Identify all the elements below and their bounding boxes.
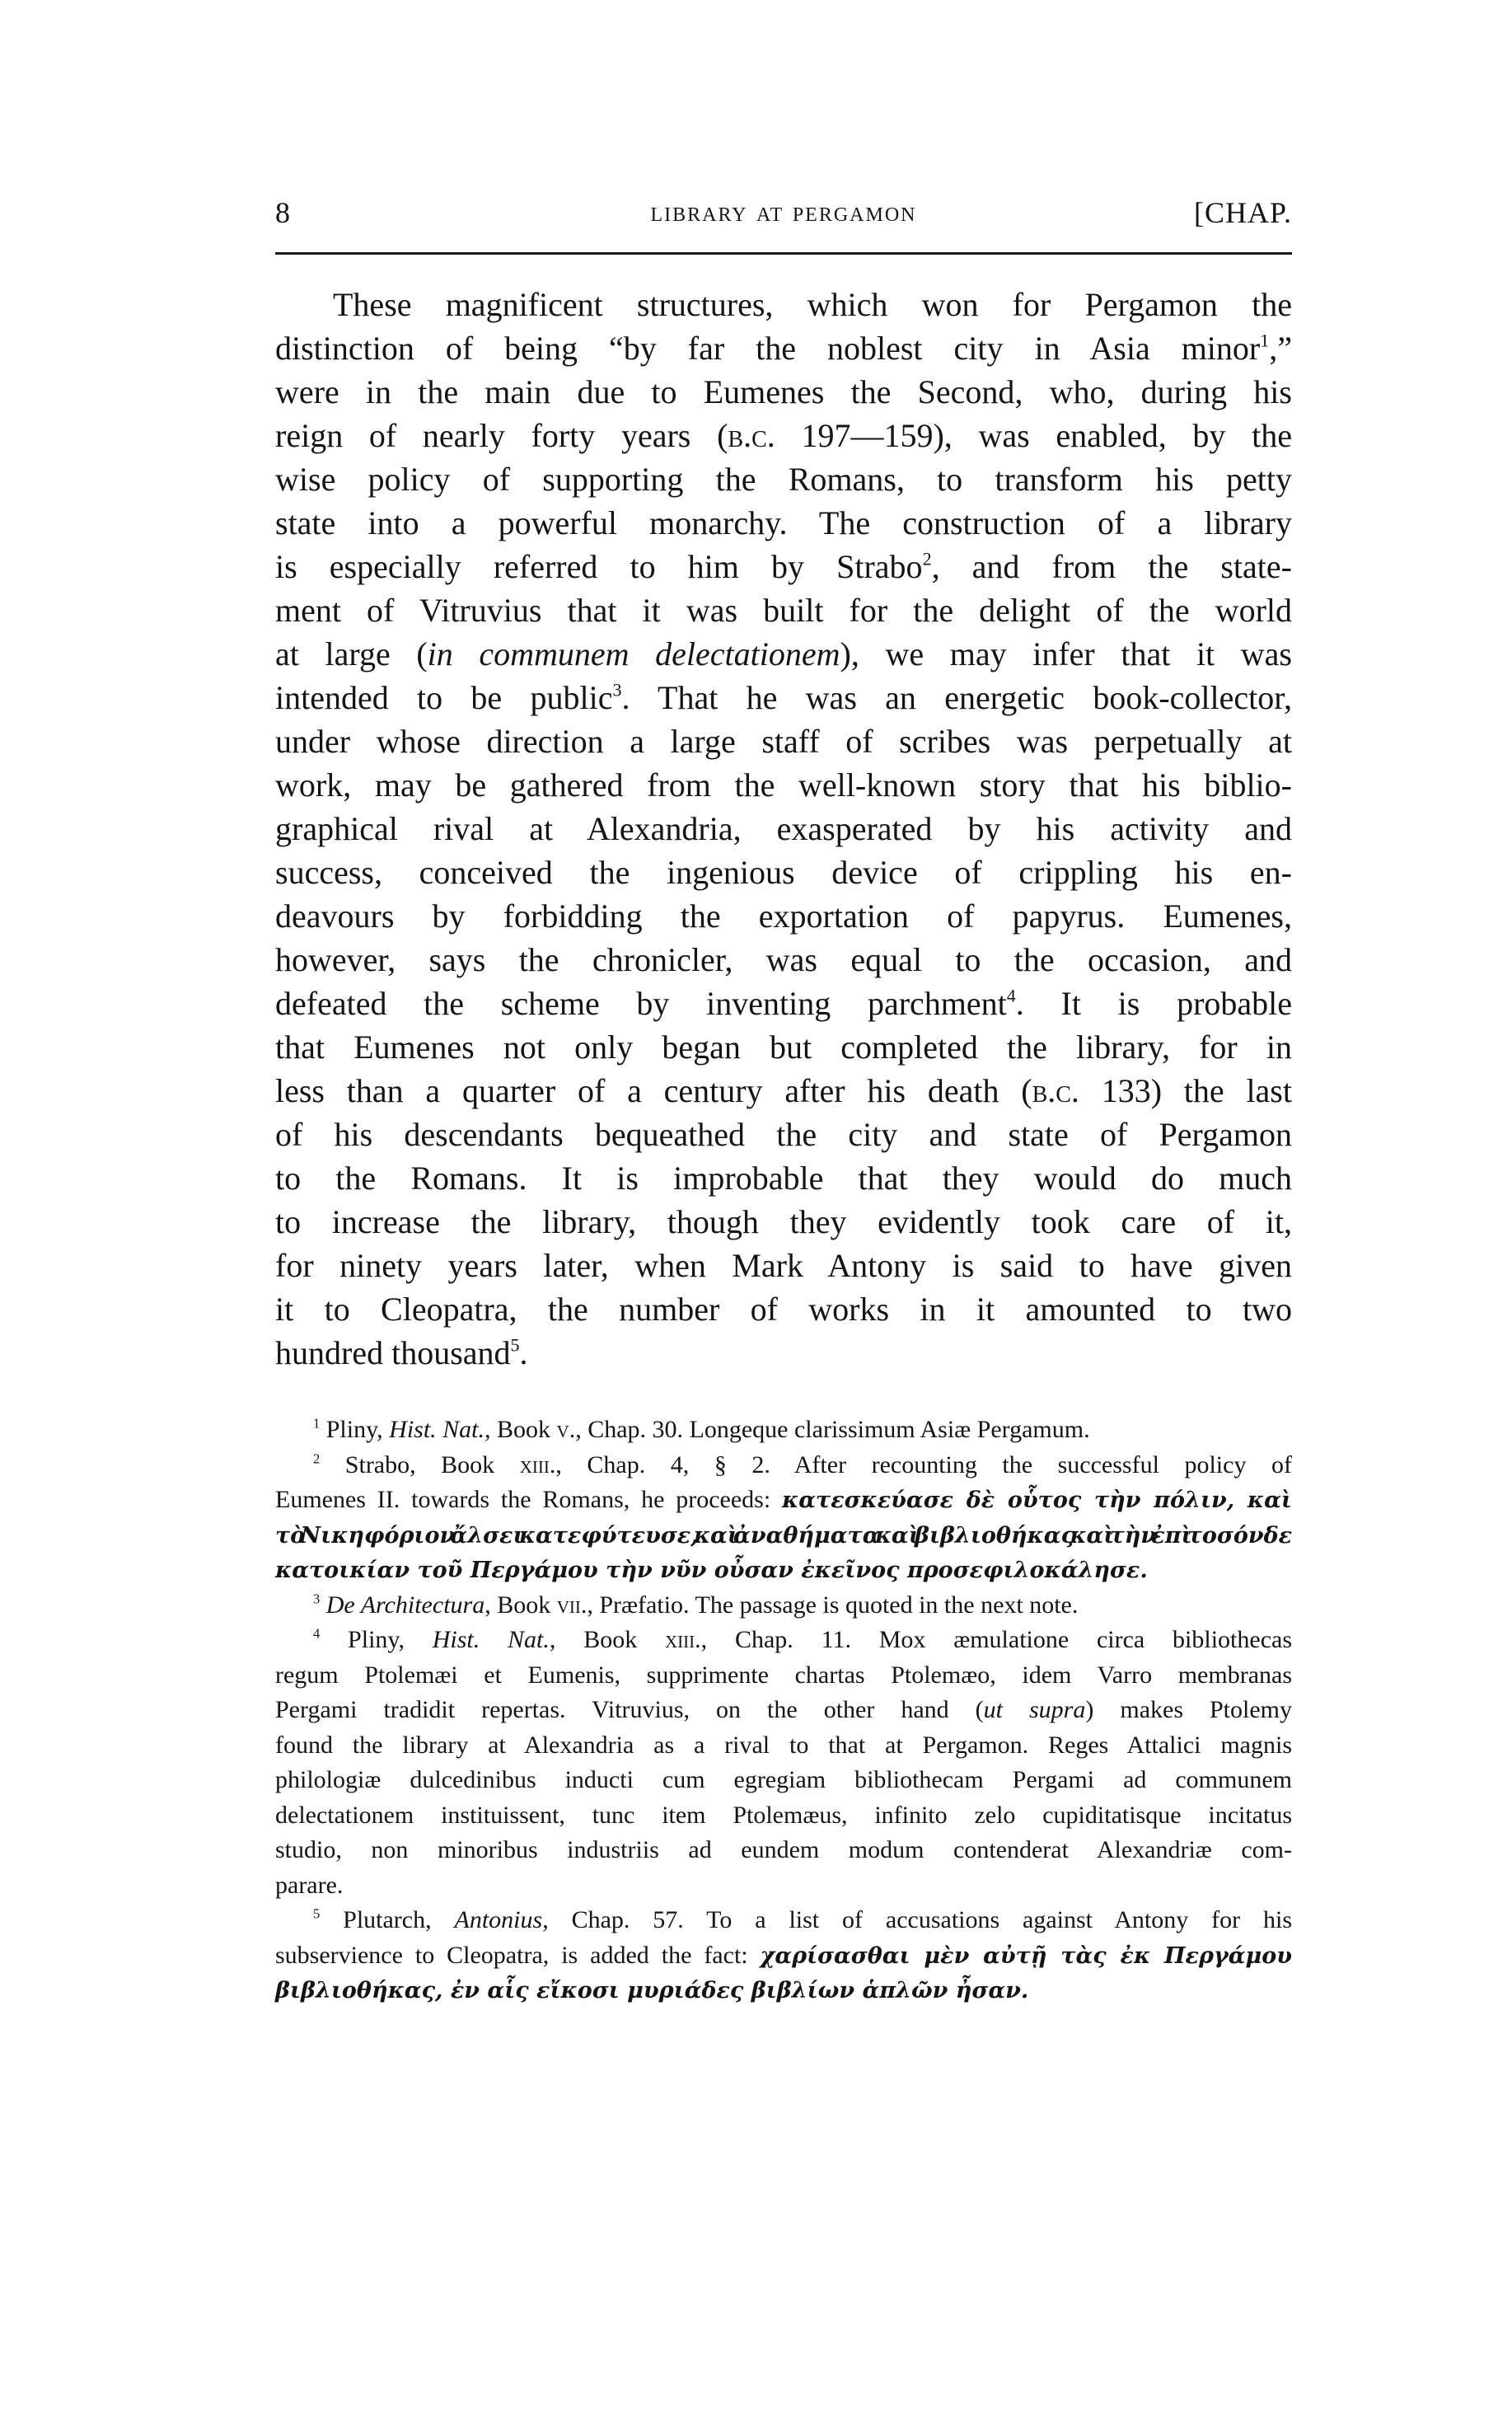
text: ment of Vitruvius that it was built for … — [275, 592, 1292, 629]
text: is especially referred to him by Strabo — [275, 548, 923, 585]
footnote-2-line: τὸ Νικηφόριον ἄλσει κατεφύτευσε, καὶ ἀνα… — [275, 1518, 1292, 1553]
text: , and from the state- — [932, 548, 1292, 585]
italic-title: Hist. Nat. — [389, 1416, 484, 1443]
text: parare. — [275, 1872, 343, 1899]
greek-quote: βιβλιοθήκας, ἐν αἷς εἴκοσι μυριάδες βιβλ… — [275, 1978, 1028, 2003]
text: Eumenes II. towards the Romans, he proce… — [275, 1486, 782, 1513]
text: it to Cleopatra, the number of works in … — [275, 1291, 1292, 1328]
text: work, may be gathered from the well-know… — [275, 766, 1292, 804]
greek-quote: τὸ Νικηφόριον ἄλσει κατεφύτευσε, καὶ ἀνα… — [275, 1523, 1292, 1549]
footnote-4: 4 Pliny, Hist. Nat., Book xiii., Chap. 1… — [275, 1623, 1292, 1658]
greek-quote: χαρίσασθαι μὲν αὐτῇ τὰς ἐκ Περγάμου — [761, 1943, 1292, 1969]
text: that Eumenes not only began but complete… — [275, 1029, 1292, 1066]
footnote-number: 3 — [313, 1591, 320, 1606]
footnote-4-line: studio, non minoribus industriis ad eund… — [275, 1833, 1292, 1868]
body-line: wise policy of supporting the Romans, to… — [275, 457, 1292, 501]
text: , Chap. 57. To a list of accusations aga… — [542, 1906, 1292, 1933]
text: Pliny, — [326, 1416, 389, 1443]
italic-phrase: ut supra — [984, 1696, 1086, 1723]
text: , Book — [484, 1591, 557, 1619]
text: . That he was an energetic book-collecto… — [621, 679, 1292, 716]
text: under whose direction a large staff of s… — [275, 723, 1292, 760]
footnote-2: 2 Strabo, Book xiii., Chap. 4, § 2. Afte… — [275, 1448, 1292, 1483]
footnote-number: 1 — [313, 1415, 320, 1431]
italic-title: De Architectura — [326, 1591, 484, 1619]
roman-numeral: xiii. — [665, 1626, 701, 1653]
body-line: work, may be gathered from the well-know… — [275, 763, 1292, 807]
body-line: under whose direction a large staff of s… — [275, 719, 1292, 763]
text: Plutarch, — [343, 1906, 454, 1933]
text: defeated the scheme by inventing parchme… — [275, 985, 1007, 1022]
body-paragraph: These magnificent structures, which won … — [275, 283, 1292, 1375]
text: graphical rival at Alexandria, exasperat… — [275, 810, 1292, 847]
body-line: at large (in communem delectationem), we… — [275, 632, 1292, 676]
body-line: ment of Vitruvius that it was built for … — [275, 588, 1292, 632]
footnote-4-line: found the library at Alexandria as a riv… — [275, 1728, 1292, 1764]
footnotes: 1 Pliny, Hist. Nat., Book v., Chap. 30. … — [275, 1413, 1292, 2008]
body-line: distinction of being “by far the noblest… — [275, 326, 1292, 370]
footnote-4-line: Pergami tradidit repertas. Vitruvius, on… — [275, 1693, 1292, 1728]
body-line: success, conceived the ingenious device … — [275, 851, 1292, 894]
text: , Chap. 4, § 2. After recounting the suc… — [555, 1451, 1292, 1478]
body-line: deavours by forbidding the exportation o… — [275, 894, 1292, 938]
text: These magnificent structures, which won … — [333, 286, 1292, 323]
text: distinction of being “by far the noblest… — [275, 330, 1260, 367]
text: reign of nearly forty years ( — [275, 417, 728, 454]
text: state into a powerful monarchy. The cons… — [275, 504, 1292, 541]
text: ) makes Ptolemy — [1085, 1696, 1292, 1723]
text: subservience to Cleopatra, is added the … — [275, 1942, 761, 1969]
text: 197—159), was enabled, by the — [775, 417, 1292, 454]
text: less than a quarter of a century after h… — [275, 1072, 1032, 1109]
era-abbrev: b.c. — [728, 417, 775, 454]
header-rule — [275, 252, 1292, 255]
text: studio, non minoribus industriis ad eund… — [275, 1836, 1292, 1863]
text: success, conceived the ingenious device … — [275, 854, 1292, 891]
body-line: reign of nearly forty years (b.c. 197—15… — [275, 414, 1292, 457]
body-line: to increase the library, though they evi… — [275, 1200, 1292, 1244]
text: delectationem instituissent, tunc item P… — [275, 1802, 1292, 1829]
running-head: 8 LIBRARY AT PERGAMON [CHAP. — [275, 194, 1292, 231]
footnote-4-line: parare. — [275, 1868, 1292, 1904]
text: philologiæ dulcedinibus inducti cum egre… — [275, 1766, 1292, 1793]
text: wise policy of supporting the Romans, to… — [275, 461, 1292, 498]
body-line: state into a powerful monarchy. The cons… — [275, 501, 1292, 545]
italic-title: Antonius — [455, 1906, 543, 1933]
footnote-ref-4[interactable]: 4 — [1007, 986, 1016, 1006]
footnote-4-line: delectationem instituissent, tunc item P… — [275, 1798, 1292, 1834]
footnote-5-line: βιβλιοθήκας, ἐν αἷς εἴκοσι μυριάδες βιβλ… — [275, 1973, 1292, 2008]
text: Pergami tradidit repertas. Vitruvius, on… — [275, 1696, 984, 1723]
footnote-4-line: philologiæ dulcedinibus inducti cum egre… — [275, 1763, 1292, 1798]
greek-quote: κατεσκεύασε δὲ οὗτος τὴν πόλιν, καὶ — [782, 1488, 1292, 1513]
body-line: hundred thousand5. — [275, 1331, 1292, 1375]
footnote-number: 2 — [313, 1450, 320, 1466]
text: regum Ptolemæi et Eumenis, supprimente c… — [275, 1661, 1292, 1689]
text: of his descendants bequeathed the city a… — [275, 1116, 1292, 1153]
roman-numeral: v. — [557, 1416, 576, 1443]
text: , Præfatio. The passage is quoted in the… — [587, 1591, 1078, 1619]
text: , Chap. 11. Mox æmulatione circa bibliot… — [701, 1626, 1292, 1653]
italic-title: Hist. Nat. — [433, 1626, 550, 1653]
text: . It is probable — [1016, 985, 1292, 1022]
text: ,” — [1269, 330, 1292, 367]
body-line: it to Cleopatra, the number of works in … — [275, 1287, 1292, 1331]
footnote-1: 1 Pliny, Hist. Nat., Book v., Chap. 30. … — [275, 1413, 1292, 1448]
text: Strabo, Book — [345, 1451, 520, 1478]
body-line: however, says the chronicler, was equal … — [275, 938, 1292, 982]
body-line: defeated the scheme by inventing parchme… — [275, 982, 1292, 1025]
text: Pliny, — [348, 1626, 433, 1653]
roman-numeral: xiii. — [520, 1451, 556, 1478]
body-line: is especially referred to him by Strabo2… — [275, 545, 1292, 588]
text: to increase the library, though they evi… — [275, 1203, 1292, 1240]
body-line: to the Romans. It is improbable that the… — [275, 1156, 1292, 1200]
text: 133) the last — [1079, 1072, 1292, 1109]
body-line: that Eumenes not only began but complete… — [275, 1025, 1292, 1069]
era-abbrev: b.c. — [1032, 1072, 1079, 1109]
text: . — [520, 1334, 528, 1371]
text: hundred thousand — [275, 1334, 511, 1371]
running-title: LIBRARY AT PERGAMON — [275, 194, 1292, 231]
footnote-ref-1[interactable]: 1 — [1260, 330, 1269, 351]
footnote-2-line: κατοικίαν τοῦ Περγάμου τὴν νῦν οὖσαν ἐκε… — [275, 1553, 1292, 1588]
text: were in the main due to Eumenes the Seco… — [275, 373, 1292, 410]
text: to the Romans. It is improbable that the… — [275, 1160, 1292, 1197]
footnote-number: 5 — [313, 1905, 320, 1921]
text: , Book — [484, 1416, 557, 1443]
text: deavours by forbidding the exportation o… — [275, 897, 1292, 935]
text: intended to be public — [275, 679, 612, 716]
footnote-5-line: subservience to Cleopatra, is added the … — [275, 1938, 1292, 1974]
text: , Chap. 30. Longeque clarissimum Asiæ Pe… — [575, 1416, 1089, 1443]
chapter-mark: [CHAP. — [1194, 194, 1292, 231]
footnote-4-line: regum Ptolemæi et Eumenis, supprimente c… — [275, 1658, 1292, 1694]
footnote-ref-2[interactable]: 2 — [923, 549, 932, 569]
body-line: graphical rival at Alexandria, exasperat… — [275, 807, 1292, 851]
footnote-number: 4 — [313, 1625, 320, 1641]
text: however, says the chronicler, was equal … — [275, 941, 1292, 978]
text: for ninety years later, when Mark Antony… — [275, 1247, 1292, 1284]
footnote-2-line: Eumenes II. towards the Romans, he proce… — [275, 1483, 1292, 1518]
greek-quote: κατοικίαν τοῦ Περγάμου τὴν νῦν οὖσαν ἐκε… — [275, 1558, 1148, 1583]
text: , Book — [550, 1626, 665, 1653]
body-line: for ninety years later, when Mark Antony… — [275, 1244, 1292, 1287]
body-line: were in the main due to Eumenes the Seco… — [275, 370, 1292, 414]
text: ), we may infer that it was — [840, 635, 1292, 672]
body-line: These magnificent structures, which won … — [275, 283, 1292, 326]
footnote-ref-3[interactable]: 3 — [612, 680, 621, 701]
footnote-3: 3 De Architectura, Book vii., Præfatio. … — [275, 1588, 1292, 1624]
body-line: less than a quarter of a century after h… — [275, 1069, 1292, 1113]
text: at large ( — [275, 635, 428, 672]
footnote-ref-5[interactable]: 5 — [511, 1335, 520, 1356]
footnote-5: 5 Plutarch, Antonius, Chap. 57. To a lis… — [275, 1903, 1292, 1938]
italic-phrase: in communem delectationem — [428, 635, 840, 672]
text: found the library at Alexandria as a riv… — [275, 1731, 1292, 1759]
body-line: intended to be public3. That he was an e… — [275, 676, 1292, 719]
body-line: of his descendants bequeathed the city a… — [275, 1113, 1292, 1156]
roman-numeral: vii. — [557, 1591, 587, 1619]
